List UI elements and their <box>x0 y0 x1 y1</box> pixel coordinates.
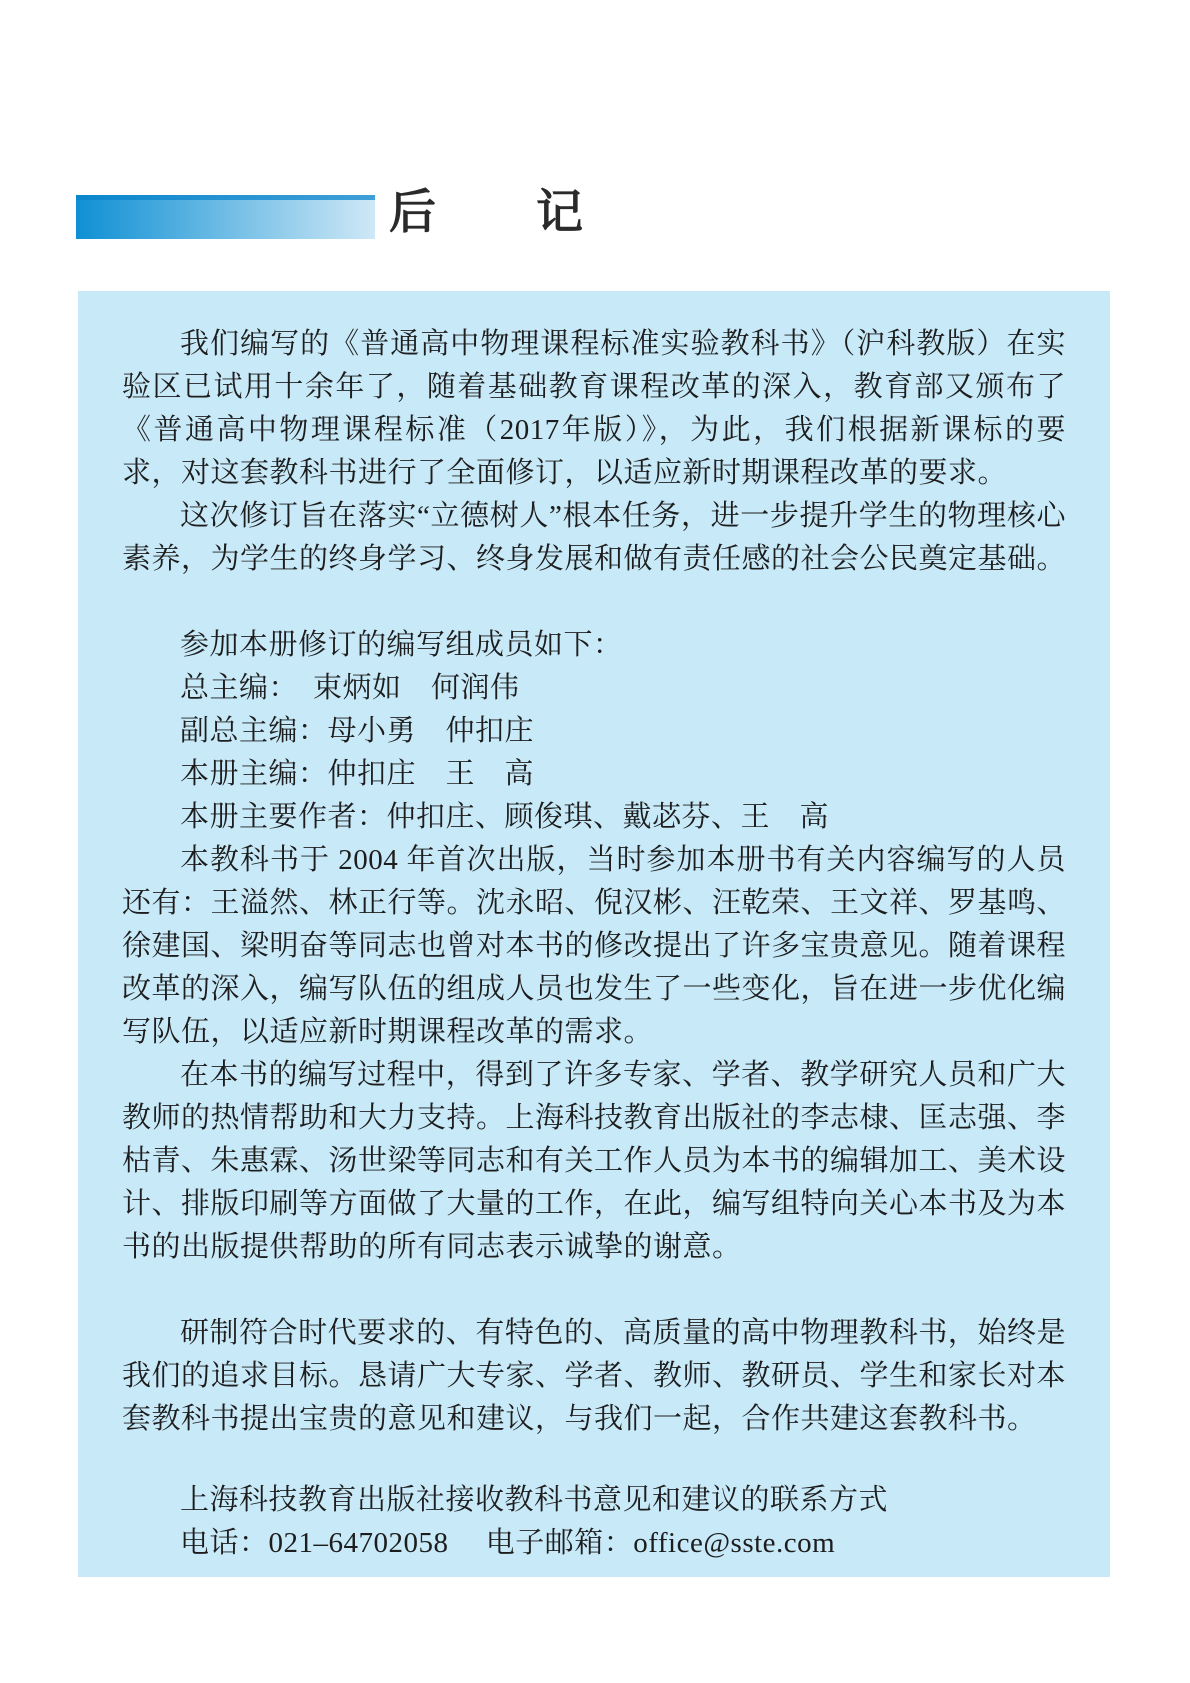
header-bar-gradient <box>76 200 375 239</box>
paragraph-invitation: 研制符合时代要求的、有特色的、高质量的高中物理教科书，始终是我们的追求目标。恳请… <box>122 1312 1066 1441</box>
line-volume-authors: 本册主要作者：仲扣庄、顾俊琪、戴苾芬、王 高 <box>122 796 1066 839</box>
paragraph-revision-goal: 这次修订旨在落实“立德树人”根本任务，进一步提升学生的物理核心素养，为学生的终身… <box>122 495 1066 581</box>
paragraph-acknowledgements: 在本书的编写过程中，得到了许多专家、学者、教学研究人员和广大教师的热情帮助和大力… <box>122 1054 1066 1269</box>
paragraph-history: 本教科书于 2004 年首次出版，当时参加本册书有关内容编写的人员还有：王溢然、… <box>122 839 1066 1054</box>
header-gradient-bar <box>76 195 375 239</box>
paragraph-members-intro: 参加本册修订的编写组成员如下： <box>122 624 1066 667</box>
line-deputy-chief-editors: 副总主编：母小勇 仲扣庄 <box>122 710 1066 753</box>
page: 后 记 我们编写的《普通高中物理课程标准实验教科书》（沪科教版）在实验区已试用十… <box>0 0 1190 1683</box>
contact-line: 电话：021–64702058 电子邮箱：office@sste.com <box>122 1522 1066 1565</box>
content-panel: 我们编写的《普通高中物理课程标准实验教科书》（沪科教版）在实验区已试用十余年了，… <box>78 291 1110 1577</box>
line-chief-editors: 总主编： 束炳如 何润伟 <box>122 667 1066 710</box>
page-title: 后 记 <box>389 186 585 238</box>
line-volume-editors: 本册主编：仲扣庄 王 高 <box>122 753 1066 796</box>
contact-heading: 上海科技教育出版社接收教科书意见和建议的联系方式 <box>122 1479 1066 1522</box>
paragraph-revision-background: 我们编写的《普通高中物理课程标准实验教科书》（沪科教版）在实验区已试用十余年了，… <box>122 323 1066 495</box>
